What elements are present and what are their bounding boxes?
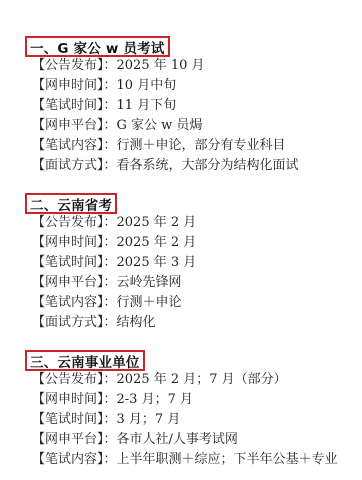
item-value: 2-3 月；7 月 [117, 392, 193, 407]
item-value: 2025 年 3 月 [117, 255, 197, 270]
item-value: 行测＋申论，部分有专业科目 [117, 138, 286, 153]
item-value: 上半年职测＋综应；下半年公基＋专业 [117, 452, 338, 467]
section-3-item-exam-content: 【笔试内容】：上半年职测＋综应；下半年公基＋专业 [32, 450, 338, 470]
item-label: 【网申时间】： [32, 235, 117, 250]
item-value: 2025 年 2 月 [117, 235, 197, 250]
item-label: 【网申平台】： [32, 118, 117, 133]
section-3-heading: 三、云南事业单位 [25, 350, 145, 371]
section-1-item-apply-time: 【网申时间】：10 月中旬 [32, 76, 176, 96]
section-1-heading: 一、G 家公 w 员考试 [25, 36, 170, 57]
item-label: 【公告发布】： [32, 58, 117, 73]
item-label: 【笔试内容】： [32, 138, 117, 153]
item-label: 【笔试时间】： [32, 412, 117, 427]
section-1-item-platform: 【网申平台】：G 家公 w 员焗 [32, 116, 202, 136]
item-label: 【公告发布】： [32, 215, 117, 230]
section-2-item-exam-time: 【笔试时间】：2025 年 3 月 [32, 253, 196, 273]
item-label: 【网申时间】： [32, 78, 117, 93]
item-value: 2025 年 2 月；7 月（部分） [117, 372, 287, 387]
item-value: 2025 年 2 月 [117, 215, 197, 230]
section-2-heading: 二、云南省考 [25, 193, 117, 214]
item-value: 看各系统，大部分为结构化面试 [117, 158, 299, 173]
section-2-item-interview: 【面试方式】：结构化 [32, 313, 156, 333]
item-label: 【笔试内容】： [32, 452, 117, 467]
section-1-item-interview: 【面试方式】：看各系统，大部分为结构化面试 [32, 156, 299, 176]
item-label: 【公告发布】： [32, 372, 117, 387]
section-3-item-platform: 【网申平台】：各市人社/人事考试网 [32, 430, 238, 450]
item-value: 结构化 [117, 315, 156, 330]
item-value: 云岭先锋网 [117, 275, 182, 290]
section-2-item-announcement: 【公告发布】：2025 年 2 月 [32, 213, 196, 233]
item-label: 【面试方式】： [32, 158, 117, 173]
item-value: G 家公 w 员焗 [117, 118, 203, 133]
item-label: 【笔试时间】： [32, 255, 117, 270]
section-3-item-announcement: 【公告发布】：2025 年 2 月；7 月（部分） [32, 370, 287, 390]
section-1-item-exam-time: 【笔试时间】：11 月下旬 [32, 96, 176, 116]
section-2-item-exam-content: 【笔试内容】：行测＋申论 [32, 293, 182, 313]
item-label: 【笔试时间】： [32, 98, 117, 113]
item-value: 各市人社/人事考试网 [117, 432, 238, 447]
item-label: 【网申平台】： [32, 432, 117, 447]
item-label: 【面试方式】： [32, 315, 117, 330]
item-value: 3 月；7 月 [117, 412, 181, 427]
section-2-item-platform: 【网申平台】：云岭先锋网 [32, 273, 182, 293]
item-value: 11 月下旬 [117, 98, 177, 113]
item-value: 行测＋申论 [117, 295, 182, 310]
section-2-item-apply-time: 【网申时间】：2025 年 2 月 [32, 233, 196, 253]
item-value: 2025 年 10 月 [117, 58, 205, 73]
item-label: 【网申时间】： [32, 392, 117, 407]
section-3-item-apply-time: 【网申时间】：2-3 月；7 月 [32, 390, 193, 410]
section-1-item-exam-content: 【笔试内容】：行测＋申论，部分有专业科目 [32, 136, 286, 156]
section-3-item-exam-time: 【笔试时间】：3 月；7 月 [32, 410, 180, 430]
item-label: 【网申平台】： [32, 275, 117, 290]
item-value: 10 月中旬 [117, 78, 177, 93]
section-1-item-announcement: 【公告发布】：2025 年 10 月 [32, 56, 205, 76]
item-label: 【笔试内容】： [32, 295, 117, 310]
